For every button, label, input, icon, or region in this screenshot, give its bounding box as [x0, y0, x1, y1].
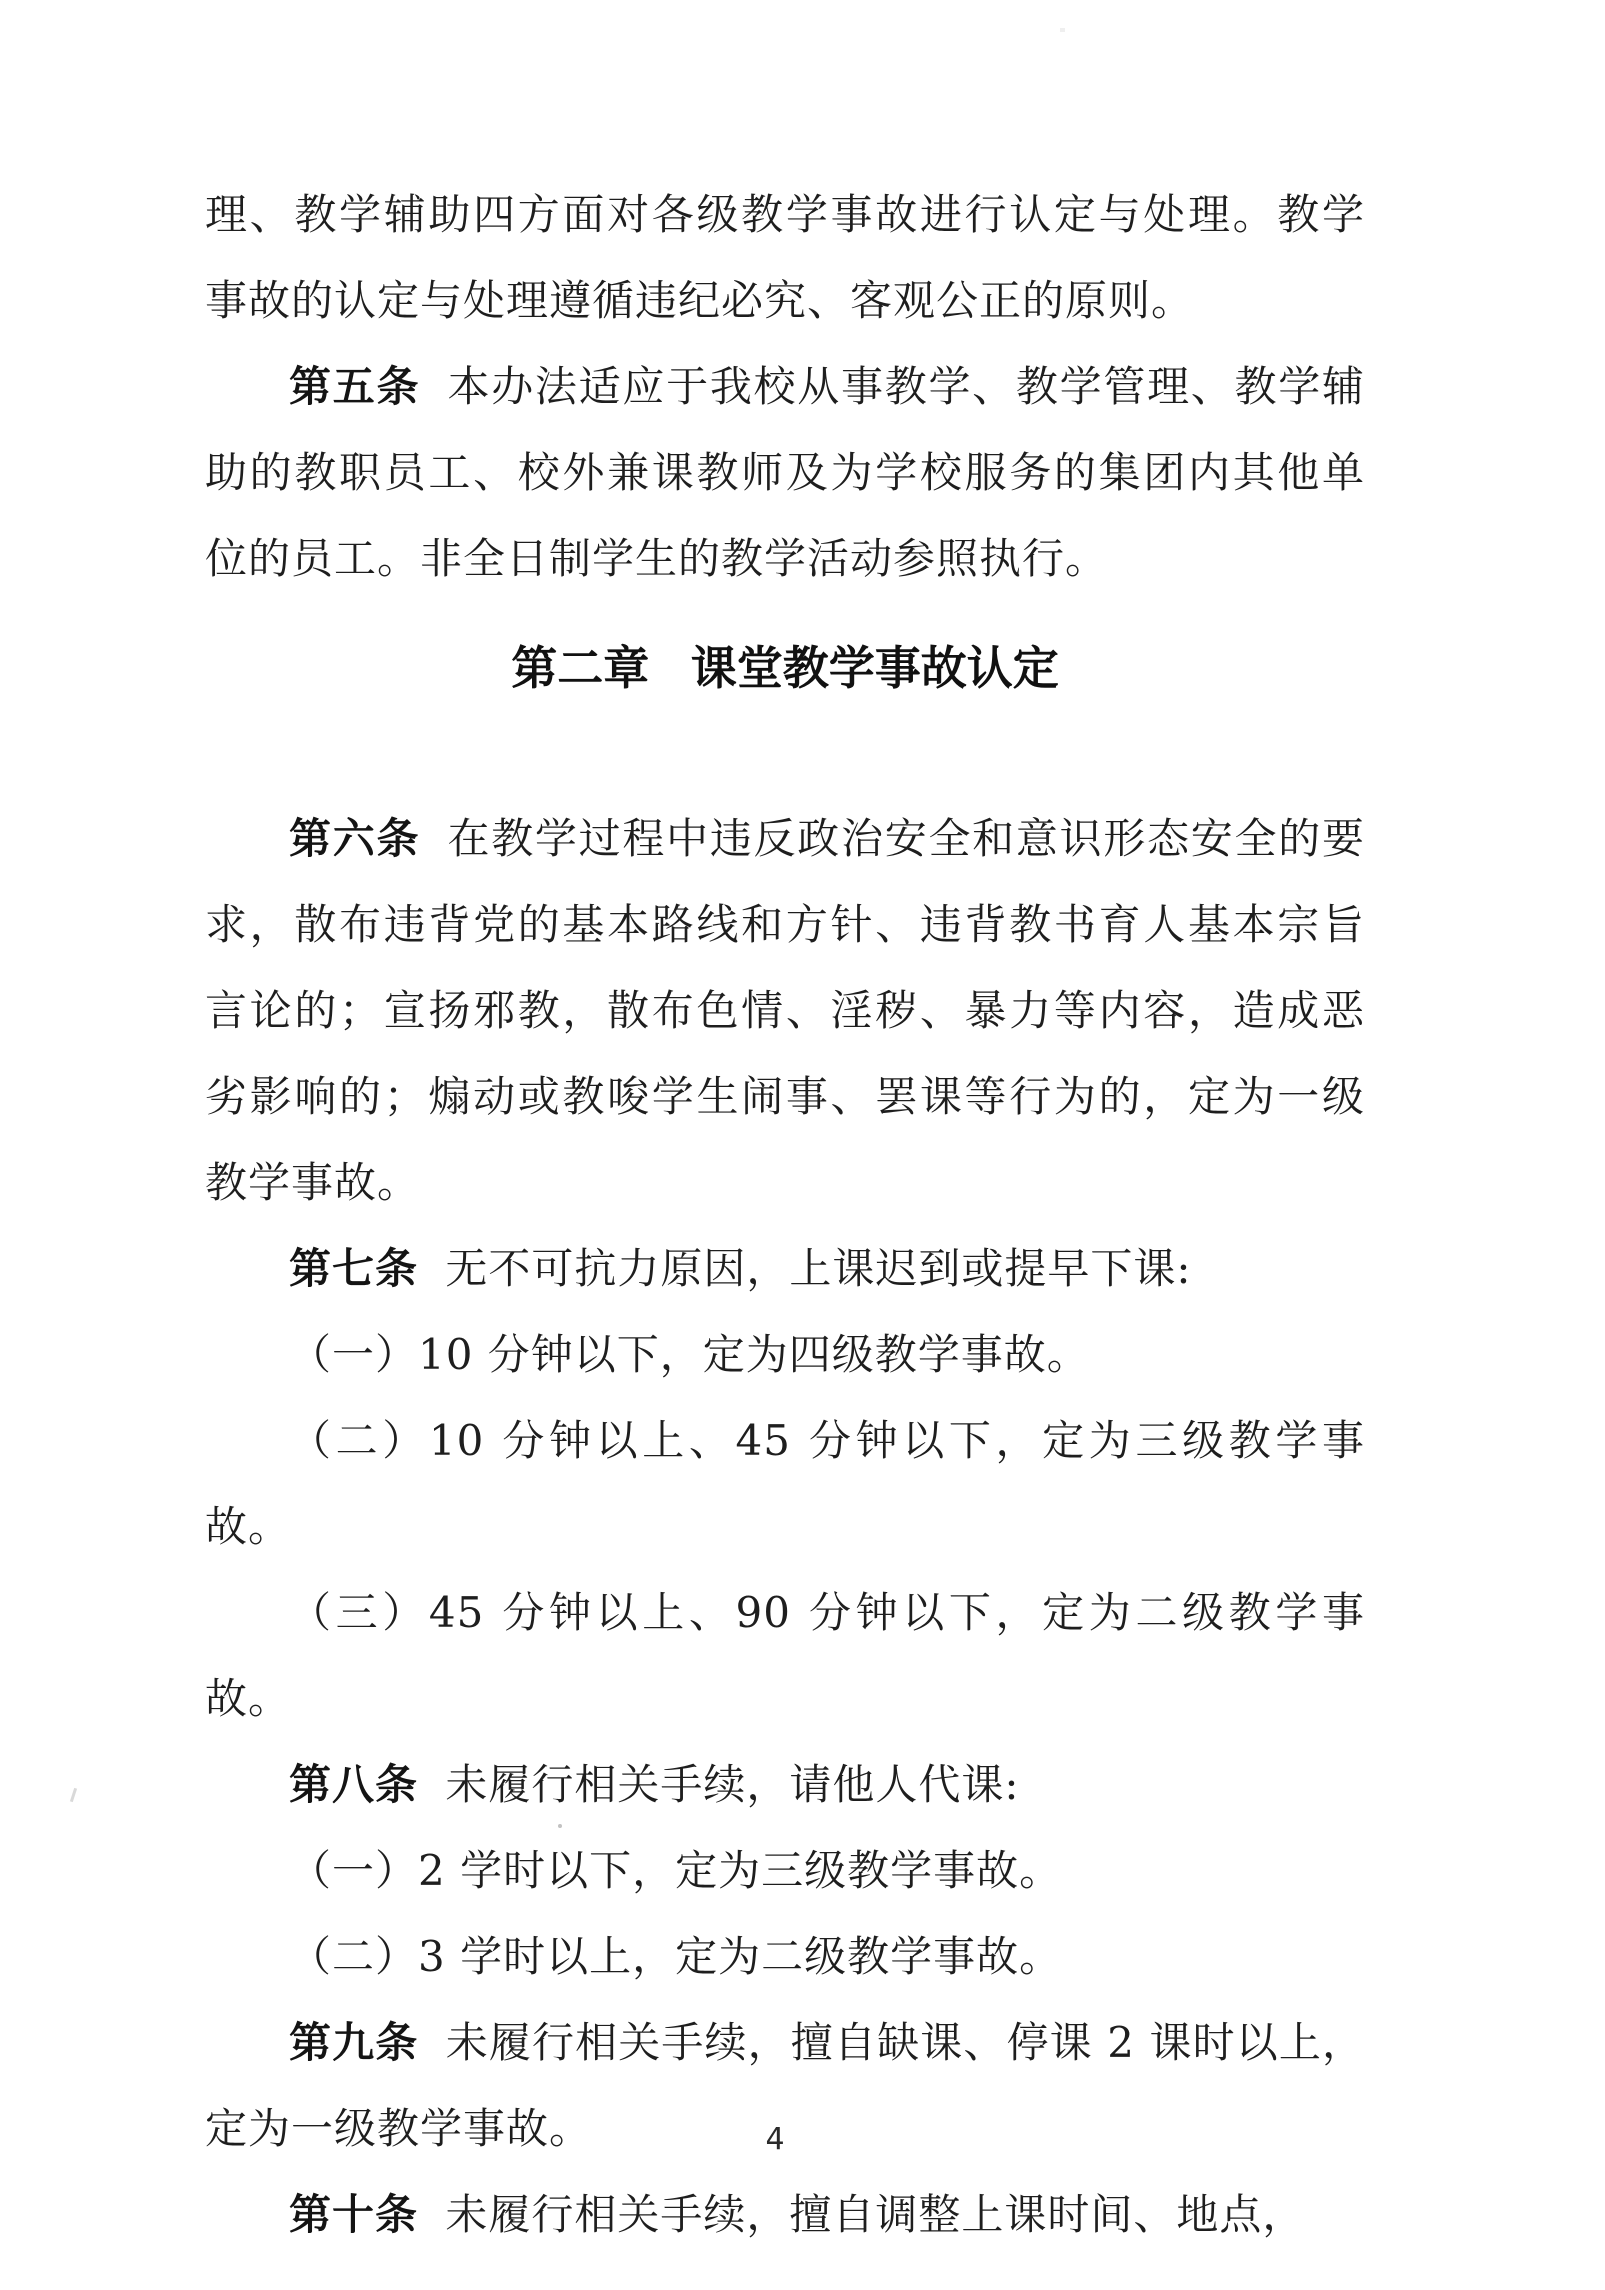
article-10-text: 未履行相关手续，擅自调整上课时间、地点， [445, 2190, 1305, 2239]
article-8-label: 第八条 [289, 1760, 418, 1809]
article-8-text: 未履行相关手续，请他人代课: [445, 1760, 1019, 1809]
paragraph-text: 理、教学辅助四方面对各级教学事故进行认定与处理。教学事故的认定与处理遵循违纪必究… [205, 190, 1365, 325]
article-8-paragraph: 第八条未履行相关手续，请他人代课: [205, 1742, 1365, 1828]
article-10-paragraph: 第十条未履行相关手续，擅自调整上课时间、地点， [205, 2172, 1365, 2258]
article-7-item-1: （一）10 分钟以下，定为四级教学事故。 [205, 1312, 1365, 1398]
scan-dot [558, 1824, 562, 1828]
article-5-paragraph: 第五条本办法适应于我校从事教学、教学管理、教学辅助的教职员工、校外兼课教师及为学… [205, 344, 1365, 602]
list-item-text: （三）45 分钟以上、90 分钟以下，定为二级教学事故。 [205, 1588, 1365, 1723]
article-7-item-3: （三）45 分钟以上、90 分钟以下，定为二级教学事故。 [205, 1570, 1365, 1742]
scan-speck [1060, 28, 1065, 32]
article-7-text: 无不可抗力原因，上课迟到或提早下课: [445, 1244, 1191, 1293]
article-5-label: 第五条 [289, 362, 420, 411]
list-item-text: （一）2 学时以下，定为三级教学事故。 [289, 1846, 1062, 1895]
scan-tick-mark [70, 1788, 77, 1802]
chapter-title: 课堂教学事故认定 [691, 641, 1059, 695]
article-10-label: 第十条 [289, 2190, 418, 2239]
list-item-text: （一）10 分钟以下，定为四级教学事故。 [289, 1330, 1090, 1379]
article-8-item-1: （一）2 学时以下，定为三级教学事故。 [205, 1828, 1365, 1914]
page-number: 4 [0, 2122, 1550, 2157]
list-item-text: （二）3 学时以上，定为二级教学事故。 [289, 1932, 1062, 1981]
chapter-number: 第二章 [511, 641, 649, 695]
article-7-item-2: （二）10 分钟以上、45 分钟以下，定为三级教学事故。 [205, 1398, 1365, 1570]
document-page: 理、教学辅助四方面对各级教学事故进行认定与处理。教学事故的认定与处理遵循违纪必究… [0, 0, 1605, 2290]
article-6-label: 第六条 [289, 814, 420, 863]
paragraph-continuation: 理、教学辅助四方面对各级教学事故进行认定与处理。教学事故的认定与处理遵循违纪必究… [205, 172, 1365, 344]
article-7-label: 第七条 [289, 1244, 418, 1293]
article-7-paragraph: 第七条无不可抗力原因，上课迟到或提早下课: [205, 1226, 1365, 1312]
document-body: 理、教学辅助四方面对各级教学事故进行认定与处理。教学事故的认定与处理遵循违纪必究… [205, 172, 1365, 2258]
article-8-item-2: （二）3 学时以上，定为二级教学事故。 [205, 1914, 1365, 2000]
list-item-text: （二）10 分钟以上、45 分钟以下，定为三级教学事故。 [205, 1416, 1365, 1551]
chapter-heading: 第二章课堂教学事故认定 [205, 638, 1365, 698]
article-6-text: 在教学过程中违反政治安全和意识形态安全的要求，散布违背党的基本路线和方针、违背教… [205, 814, 1365, 1207]
article-9-label: 第九条 [289, 2018, 418, 2067]
article-6-paragraph: 第六条在教学过程中违反政治安全和意识形态安全的要求，散布违背党的基本路线和方针、… [205, 796, 1365, 1226]
